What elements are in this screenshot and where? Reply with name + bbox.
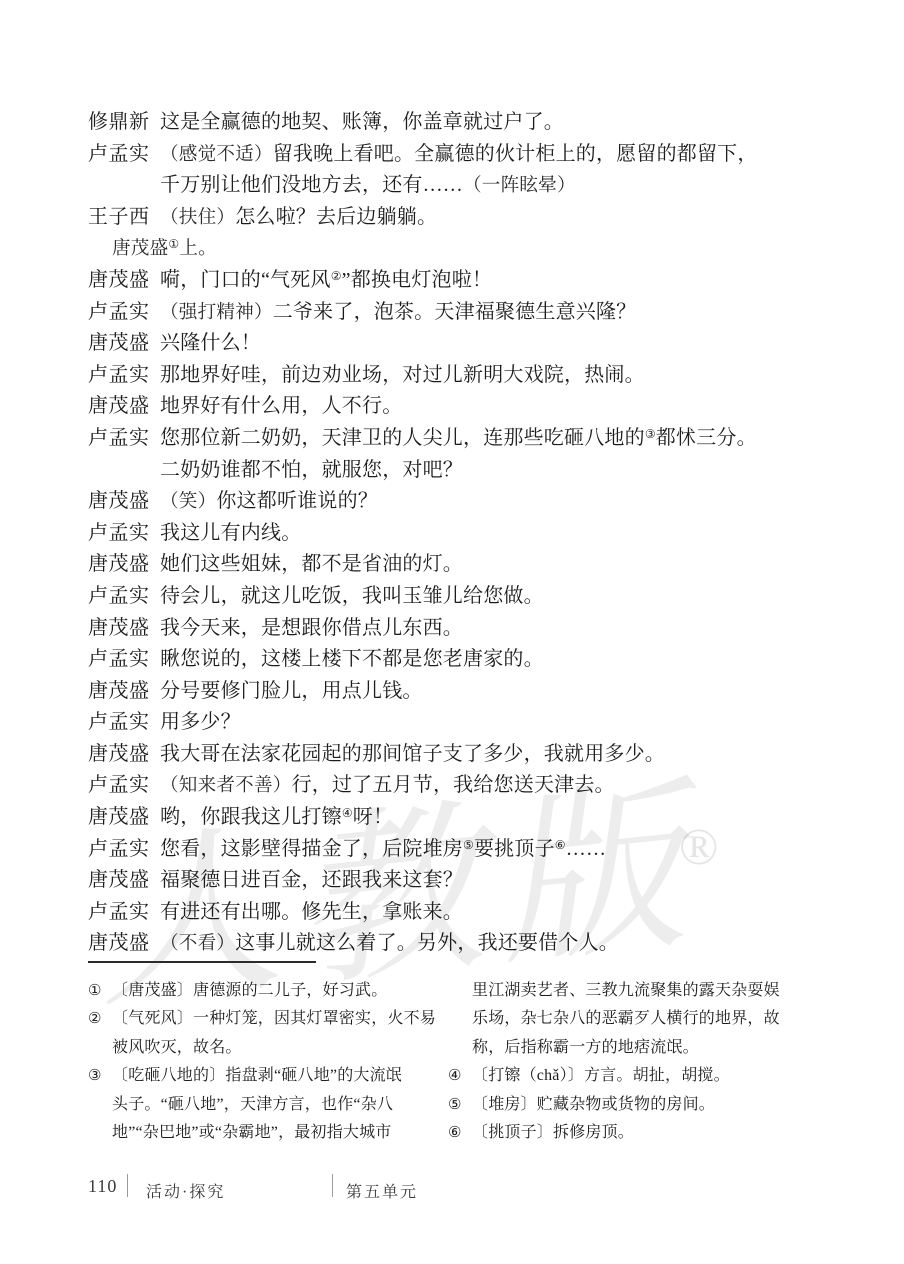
- page-number: 110: [88, 1176, 117, 1197]
- dialogue-entry: 卢孟实（感觉不适）留我晚上看吧。全赢德的伙计柜上的，愿留的都留下，千万别让他们没…: [88, 139, 816, 202]
- speaker-name: 唐茂盛: [88, 391, 160, 423]
- speaker-name: 卢孟实: [88, 897, 160, 929]
- speaker-name: 唐茂盛: [88, 802, 160, 834]
- dialogue-text: 地”“杂巴地”或“杂霸地”，最初指大城市: [112, 1124, 392, 1141]
- footer-section-label: 活动·探究: [146, 1179, 225, 1202]
- dialogue-text: 被风吹灭，故名。: [112, 1039, 242, 1056]
- dialogue-text: 〔挑顶子〕拆修房顶。: [472, 1124, 634, 1141]
- dialogue-entry: 卢孟实那地界好哇，前边劝业场，对过儿新明大戏院，热闹。: [88, 360, 816, 392]
- dialogue-text: 要挑顶子: [474, 838, 555, 860]
- dialogue-text: 她们这些姐妹，都不是省油的灯。: [160, 553, 463, 575]
- dialogue-text: 〔打镲（chǎ）〕方言。胡扯，胡搅。: [472, 1067, 730, 1084]
- footnote-ref-marker: ④: [342, 806, 353, 820]
- dialogue-text: 福聚德日进百金，还跟我来这套？: [160, 869, 463, 891]
- speaker-name: 卢孟实: [88, 518, 160, 550]
- dialogue-text: 怎么啦？去后边躺躺。: [235, 206, 437, 228]
- dialogue-text: 留我晚上看吧。全赢德的伙计柜上的，愿留的都留下，: [273, 143, 758, 165]
- speaker-name: 卢孟实: [88, 423, 160, 455]
- dialogue-entry: 卢孟实您看，这影壁得描金了，后院堆房⑤要挑顶子⑥……: [88, 834, 816, 866]
- speaker-name: 卢孟实: [88, 707, 160, 739]
- dialogue-entry: 卢孟实（知来者不善）行，过了五月节，我给您送天津去。: [88, 770, 816, 802]
- dialogue-entry: 修鼎新这是全赢德的地契、账簿，你盖章就过户了。: [88, 107, 816, 139]
- speaker-name: 卢孟实: [88, 644, 160, 676]
- stage-note-text: （知来者不善）: [160, 775, 292, 796]
- speaker-name: 王子西: [88, 202, 160, 234]
- speaker-name: 唐茂盛: [88, 676, 160, 708]
- footnote-number: ⑤: [448, 1091, 472, 1119]
- speaker-name: 唐茂盛: [88, 928, 160, 960]
- footnote-ref-marker: ②: [331, 269, 342, 283]
- footnote-continuation: 里江湖卖艺者、三教九流聚集的露天杂耍娱乐场，杂七杂八的恶霸歹人横行的地界，故称，…: [448, 977, 820, 1062]
- footnote-item: ②〔气死风〕一种灯笼，因其灯罩密实，火不易被风吹灭，故名。: [88, 1005, 460, 1062]
- dialogue-text: 你这都听谁说的？: [216, 490, 378, 512]
- footnote-item: ①〔唐茂盛〕唐德源的二儿子，好习武。: [88, 977, 460, 1005]
- dialogue-text: 称，后指称霸一方的地痞流氓。: [472, 1039, 699, 1056]
- dialogue-text: 那地界好哇，前边劝业场，对过儿新明大戏院，热闹。: [160, 364, 645, 386]
- dialogue-text: 我今天来，是想跟你借点儿东西。: [160, 617, 463, 639]
- stage-note-text: （不看）: [160, 933, 235, 954]
- speaker-name: 卢孟实: [88, 139, 160, 171]
- dialogue-text: 地界好有什么用，人不行。: [160, 395, 402, 417]
- dialogue-text: 兴隆什么！: [160, 332, 261, 354]
- dialogue-text: 乐场，杂七杂八的恶霸歹人横行的地界，故: [472, 1010, 780, 1027]
- dialogue-text: 〔唐茂盛〕唐德源的二儿子，好习武。: [112, 982, 387, 999]
- speaker-name: 唐茂盛: [88, 739, 160, 771]
- footnote-ref-marker: ③: [645, 427, 656, 441]
- dialogue-text: 头子。“砸八地”，天津方言，也作“杂八: [112, 1096, 393, 1113]
- dialogue-text: 呀！: [353, 806, 393, 828]
- footnote-column-left: ①〔唐茂盛〕唐德源的二儿子，好习武。②〔气死风〕一种灯笼，因其灯罩密实，火不易被…: [88, 977, 460, 1147]
- dialogue-entry: 卢孟实待会儿，就这儿吃饭，我叫玉雏儿给您做。: [88, 581, 816, 613]
- dialogue-entry: 唐茂盛（笑）你这都听谁说的？: [88, 486, 816, 518]
- stage-direction: 唐茂盛①上。: [88, 233, 816, 265]
- footer-divider: [127, 1174, 128, 1197]
- dialogue-text: 二爷来了，泡茶。天津福聚德生意兴隆？: [273, 301, 637, 323]
- dialogue-entry: 卢孟实有进还有出哪。修先生，拿账来。: [88, 897, 816, 929]
- footnote-item: ④〔打镲（chǎ）〕方言。胡扯，胡搅。: [448, 1062, 820, 1090]
- dialogue-text: 〔堆房〕贮藏杂物或货物的房间。: [472, 1096, 715, 1113]
- dialogue-text: 您那位新二奶奶，天津卫的人尖儿，连那些吃砸八地的: [160, 427, 645, 449]
- speaker-name: 唐茂盛: [88, 549, 160, 581]
- footnote-number: ②: [88, 1005, 112, 1033]
- dialogue-entry: 唐茂盛我今天来，是想跟你借点儿东西。: [88, 613, 816, 645]
- dialogue-entry: 唐茂盛分号要修门脸儿，用点儿钱。: [88, 676, 816, 708]
- speaker-name: 唐茂盛: [88, 613, 160, 645]
- dialogue-entry: 卢孟实（强打精神）二爷来了，泡茶。天津福聚德生意兴隆？: [88, 297, 816, 329]
- dialogue-entry: 唐茂盛哟，你跟我这儿打镲④呀！: [88, 802, 816, 834]
- footnote-column-right: 里江湖卖艺者、三教九流聚集的露天杂耍娱乐场，杂七杂八的恶霸歹人横行的地界，故称，…: [448, 977, 820, 1147]
- footnote-ref-marker: ①: [168, 237, 179, 251]
- footnote-number: ⑥: [448, 1119, 472, 1147]
- stage-note-text: （一阵眩晕）: [463, 175, 576, 196]
- dialogue-text: 二奶奶谁都不怕，就服您，对吧？: [160, 459, 463, 481]
- stage-note-text: （扶住）: [160, 207, 235, 228]
- dialogue-text: 里江湖卖艺者、三教九流聚集的露天杂耍娱: [472, 982, 780, 999]
- speaker-name: 唐茂盛: [88, 265, 160, 297]
- dialogue-entry: 唐茂盛嗬，门口的“气死风②”都换电灯泡啦！: [88, 265, 816, 297]
- footnote-separator: [88, 961, 316, 963]
- dialogue-text: 〔气死风〕一种灯笼，因其灯罩密实，火不易: [112, 1010, 436, 1027]
- speaker-name: 唐茂盛: [88, 486, 160, 518]
- dialogue-text: ……: [566, 838, 606, 860]
- footnote-number: ③: [88, 1062, 112, 1090]
- dialogue-entry: 唐茂盛兴隆什么！: [88, 328, 816, 360]
- dialogue-text: 瞅您说的，这楼上楼下不都是您老唐家的。: [160, 648, 544, 670]
- footnote-item: ③〔吃砸八地的〕指盘剥“砸八地”的大流氓头子。“砸八地”，天津方言，也作“杂八地…: [88, 1062, 460, 1147]
- stage-note-text: 上。: [179, 238, 217, 259]
- dialogue-text: 都怵三分。: [656, 427, 757, 449]
- dialogue-entry: 卢孟实用多少？: [88, 707, 816, 739]
- dialogue-entry: 唐茂盛福聚德日进百金，还跟我来这套？: [88, 865, 816, 897]
- footer-unit-label: 第五单元: [346, 1179, 418, 1202]
- footnote-number: ①: [88, 977, 112, 1005]
- speaker-name: 卢孟实: [88, 581, 160, 613]
- dialogue-text: ”都换电灯泡啦！: [342, 269, 492, 291]
- dialogue-text: 有进还有出哪。修先生，拿账来。: [160, 901, 463, 923]
- stage-note-text: （感觉不适）: [160, 144, 273, 165]
- dialogue-text: 您看，这影壁得描金了，后院堆房: [160, 838, 463, 860]
- dialogue-text: 嗬，门口的“气死风: [160, 269, 331, 291]
- dialogue-text: 千万别让他们没地方去，还有……: [160, 174, 463, 196]
- textbook-page: 人教版 ® 修鼎新这是全赢德的地契、账簿，你盖章就过户了。卢孟实（感觉不适）留我…: [0, 0, 904, 1264]
- footnote-item: ⑥〔挑顶子〕拆修房顶。: [448, 1119, 820, 1147]
- footnote-ref-marker: ⑥: [555, 838, 566, 852]
- stage-note-text: （笑）: [160, 491, 216, 512]
- dialogue-text: 这事儿就这么着了。另外，我还要借个人。: [235, 932, 619, 954]
- footnote-item: ⑤〔堆房〕贮藏杂物或货物的房间。: [448, 1091, 820, 1119]
- dialogue-text: 用多少？: [160, 711, 241, 733]
- dialogue-text: 〔吃砸八地的〕指盘剥“砸八地”的大流氓: [112, 1067, 402, 1084]
- speaker-name: 修鼎新: [88, 107, 160, 139]
- speaker-name: 卢孟实: [88, 770, 160, 802]
- dialogue-entry: 唐茂盛她们这些姐妹，都不是省油的灯。: [88, 549, 816, 581]
- dialogue-text: 我大哥在法家花园起的那间馆子支了多少，我就用多少。: [160, 743, 665, 765]
- dialogue-entry: 唐茂盛我大哥在法家花园起的那间馆子支了多少，我就用多少。: [88, 739, 816, 771]
- stage-note-text: 唐茂盛: [112, 238, 168, 259]
- dialogue-entry: 卢孟实您那位新二奶奶，天津卫的人尖儿，连那些吃砸八地的③都怵三分。二奶奶谁都不怕…: [88, 423, 816, 486]
- speaker-name: 唐茂盛: [88, 865, 160, 897]
- dialogue-text: 行，过了五月节，我给您送天津去。: [292, 774, 615, 796]
- dialogue-entry: 唐茂盛地界好有什么用，人不行。: [88, 391, 816, 423]
- footnote-ref-marker: ⑤: [463, 838, 474, 852]
- dialogue-entry: 卢孟实瞅您说的，这楼上楼下不都是您老唐家的。: [88, 644, 816, 676]
- dialogue-text: 哟，你跟我这儿打镲: [160, 806, 342, 828]
- dialogue-text: 待会儿，就这儿吃饭，我叫玉雏儿给您做。: [160, 585, 544, 607]
- play-dialogue-section: 修鼎新这是全赢德的地契、账簿，你盖章就过户了。卢孟实（感觉不适）留我晚上看吧。全…: [88, 107, 816, 960]
- speaker-name: 唐茂盛: [88, 328, 160, 360]
- dialogue-entry: 唐茂盛（不看）这事儿就这么着了。另外，我还要借个人。: [88, 928, 816, 960]
- footnote-number: ④: [448, 1062, 472, 1090]
- speaker-name: 卢孟实: [88, 834, 160, 866]
- stage-note-text: （强打精神）: [160, 302, 273, 323]
- footer-divider: [332, 1174, 333, 1197]
- dialogue-text: 我这儿有内线。: [160, 522, 301, 544]
- dialogue-text: 分号要修门脸儿，用点儿钱。: [160, 680, 423, 702]
- dialogue-entry: 卢孟实我这儿有内线。: [88, 518, 816, 550]
- dialogue-text: 这是全赢德的地契、账簿，你盖章就过户了。: [160, 111, 564, 133]
- speaker-name: 卢孟实: [88, 360, 160, 392]
- dialogue-entry: 王子西（扶住）怎么啦？去后边躺躺。: [88, 202, 816, 234]
- speaker-name: 卢孟实: [88, 297, 160, 329]
